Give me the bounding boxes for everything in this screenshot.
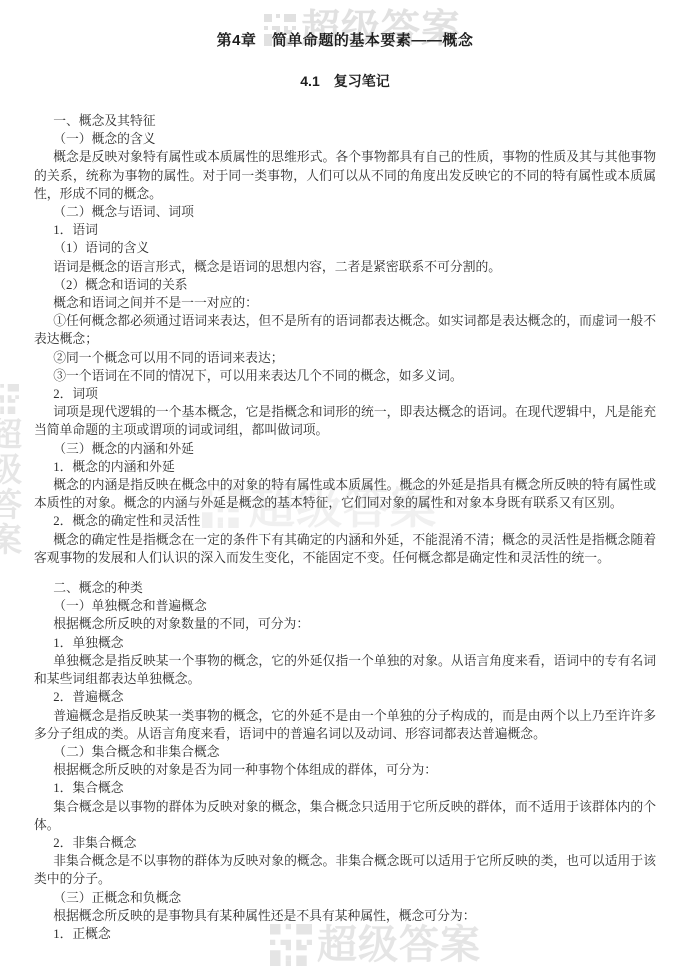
section-heading: （1）语词的含义 bbox=[34, 239, 656, 257]
section-title: 4.1 复习笔记 bbox=[34, 74, 656, 89]
section-heading: （2）概念和语词的关系 bbox=[34, 276, 656, 294]
paragraph: 根据概念所反映的对象数量的不同，可分为： bbox=[34, 615, 656, 633]
paragraph: 非集合概念是不以事物的群体为反映对象的概念。非集合概念既可以适用于它所反映的类，… bbox=[34, 852, 656, 888]
section-heading: 1．正概念 bbox=[34, 925, 656, 943]
watermark-left: 超级答案 bbox=[0, 384, 20, 557]
paragraph: 根据概念所反映的是事物具有某种属性还是不具有某种属性，概念可分为： bbox=[34, 907, 656, 925]
section-heading: 2．非集合概念 bbox=[34, 834, 656, 852]
section-heading: （一）概念的含义 bbox=[34, 130, 656, 148]
paragraph: 概念的确定性是指概念在一定的条件下有其确定的内涵和外延，不能混淆不清；概念的灵活… bbox=[34, 531, 656, 567]
section-heading: （一）单独概念和普遍概念 bbox=[34, 597, 656, 615]
paragraph: 根据概念所反映的对象是否为同一种事物个体组成的群体，可分为： bbox=[34, 761, 656, 779]
section-heading: （三）正概念和负概念 bbox=[34, 889, 656, 907]
chapter-title: 第4章 简单命题的基本要素——概念 bbox=[34, 33, 656, 49]
section-heading: （二）概念与语词、词项 bbox=[34, 203, 656, 221]
paragraph: 集合概念是以事物的群体为反映对象的概念，集合概念只适用于它所反映的群体，而不适用… bbox=[34, 798, 656, 834]
qr-watermark-icon bbox=[0, 384, 19, 414]
paragraph: 单独概念是指反映某一个事物的概念，它的外延仅指一个单独的对象。从语言角度来看，语… bbox=[34, 652, 656, 688]
section-heading: 2．词项 bbox=[34, 385, 656, 403]
section-heading: 一、概念及其特征 bbox=[34, 112, 656, 130]
paragraph: ③一个语词在不同的情况下，可以用来表达几个不同的概念，如多义词。 bbox=[34, 367, 656, 385]
document-body: 一、概念及其特征（一）概念的含义概念是反映对象特有属性或本质属性的思维形式。各个… bbox=[34, 112, 656, 943]
section-heading: 二、概念的种类 bbox=[34, 579, 656, 597]
watermark-text: 超级答案 bbox=[0, 417, 20, 557]
paragraph: ②同一个概念可以用不同的语词来表达； bbox=[34, 349, 656, 367]
section-heading: （二）集合概念和非集合概念 bbox=[34, 743, 656, 761]
section-heading: 1．语词 bbox=[34, 221, 656, 239]
paragraph: 词项是现代逻辑的一个基本概念，它是指概念和词形的统一，即表达概念的语词。在现代逻… bbox=[34, 403, 656, 439]
section-heading: 1．概念的内涵和外延 bbox=[34, 458, 656, 476]
paragraph: 普遍概念是指反映某一类事物的概念，它的外延不是由一个单独的分子构成的，而是由两个… bbox=[34, 707, 656, 743]
document-page: 第4章 简单命题的基本要素——概念 4.1 复习笔记 一、概念及其特征（一）概念… bbox=[34, 0, 656, 943]
section-heading: （三）概念的内涵和外延 bbox=[34, 440, 656, 458]
paragraph: 概念是反映对象特有属性或本质属性的思维形式。各个事物都具有自己的性质，事物的性质… bbox=[34, 148, 656, 203]
paragraph: ①任何概念都必须通过语词来表达，但不是所有的语词都表达概念。如实词都是表达概念的… bbox=[34, 312, 656, 348]
paragraph: 概念的内涵是指反映在概念中的对象的特有属性或本质属性。概念的外延是指具有概念所反… bbox=[34, 476, 656, 512]
section-heading: 2．概念的确定性和灵活性 bbox=[34, 512, 656, 530]
section-heading: 1．集合概念 bbox=[34, 779, 656, 797]
section-heading: 2．普遍概念 bbox=[34, 688, 656, 706]
paragraph: 概念和语词之间并不是一一对应的： bbox=[34, 294, 656, 312]
section-heading: 1．单独概念 bbox=[34, 634, 656, 652]
paragraph: 语词是概念的语言形式，概念是语词的思想内容，二者是紧密联系不可分割的。 bbox=[34, 258, 656, 276]
